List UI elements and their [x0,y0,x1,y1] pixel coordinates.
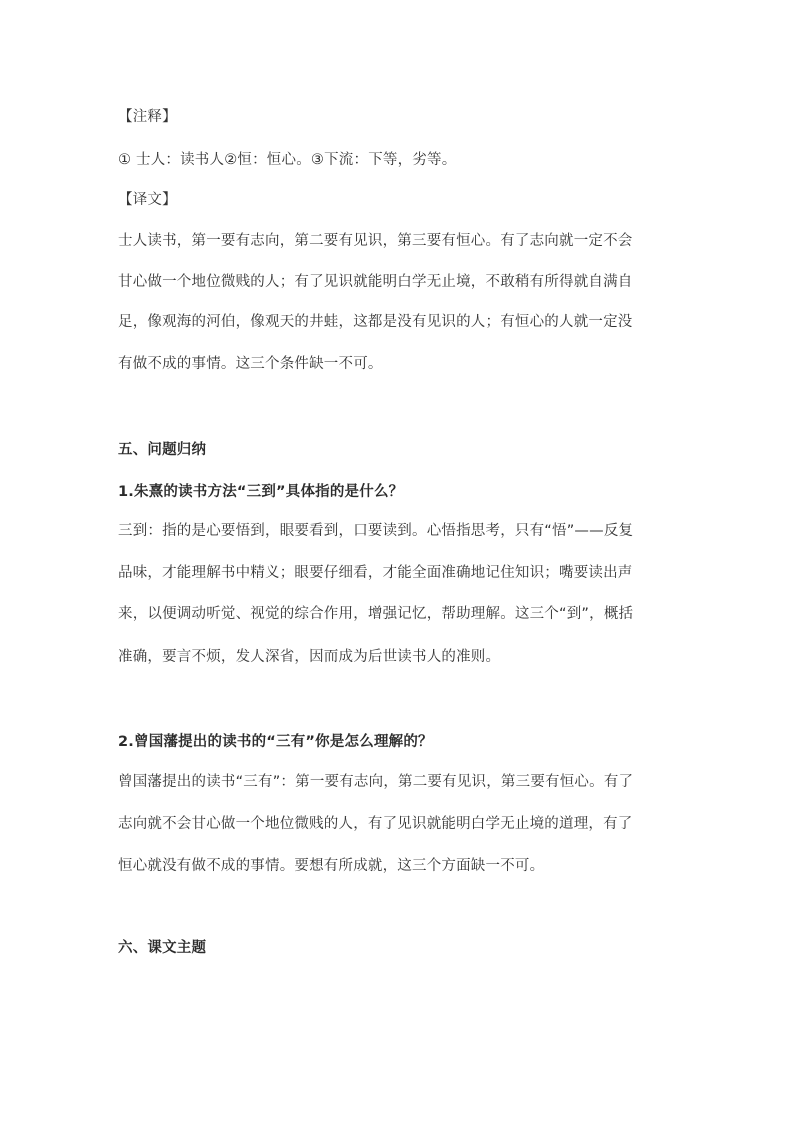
question-1: 1.朱熹的读书方法“三到”具体指的是什么？ [118,482,678,502]
answer-line: 来，以便调动听觉、视觉的综合作用，增强记忆，帮助理解。这三个“到”，概括 [118,604,678,624]
answer-line: 志向就不会甘心做一个地位微贱的人，有了见识就能明白学无止境的道理，有了 [118,814,678,834]
section-heading-5: 五、问题归纳 [118,440,678,460]
annotation-text: ① 士人：读书人②恒：恒心。③下流：下等，劣等。 [118,150,678,170]
answer-line: 准确，要言不烦，发人深省，因而成为后世读书人的准则。 [118,647,678,667]
translation-line: 士人读书，第一要有志向，第二要有见识，第三要有恒心。有了志向就一定不会 [118,231,678,251]
answer-line: 三到：指的是心要悟到，眼要看到，口要读到。心悟指思考，只有“悟”——反复 [118,521,678,541]
question-2: 2.曾国藩提出的读书的“三有”你是怎么理解的？ [118,732,678,752]
answer-line: 品味，才能理解书中精义；眼要仔细看，才能全面准确地记住知识；嘴要读出声 [118,563,678,583]
annotation-heading: 【注释】 [118,107,678,127]
translation-line: 有做不成的事情。这三个条件缺一不可。 [118,354,678,374]
section-heading-6: 六、课文主题 [118,938,678,958]
translation-line: 足，像观海的河伯，像观天的井蛙，这都是没有见识的人；有恒心的人就一定没 [118,312,678,332]
translation-line: 甘心做一个地位微贱的人；有了见识就能明白学无止境，不敢稍有所得就自满自 [118,272,678,292]
document-page: 【注释】 ① 士人：读书人②恒：恒心。③下流：下等，劣等。 【译文】 士人读书，… [0,0,793,1122]
answer-line: 曾国藩提出的读书“三有”：第一要有志向，第二要有见识，第三要有恒心。有了 [118,772,678,792]
answer-line: 恒心就没有做不成的事情。要想有所成就，这三个方面缺一不可。 [118,856,678,876]
translation-heading: 【译文】 [118,190,678,210]
